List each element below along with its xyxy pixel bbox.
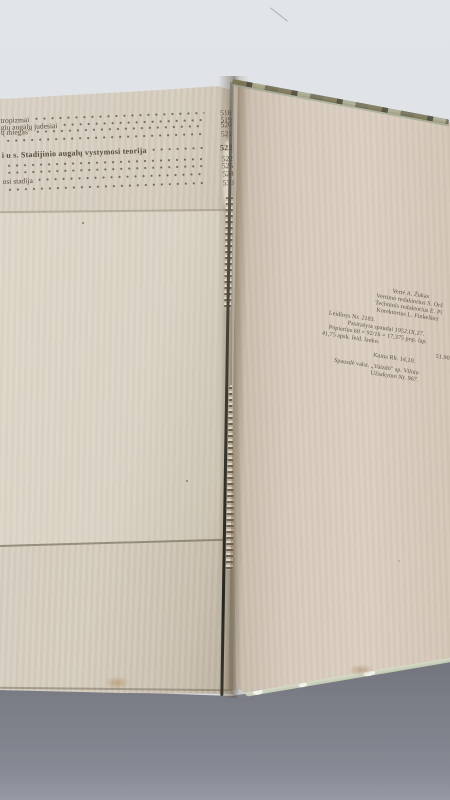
surface-scratch (270, 7, 288, 21)
paper-speck (82, 222, 84, 224)
loose-sheet (0, 211, 230, 548)
page-stain (348, 664, 374, 676)
page-stain (104, 676, 130, 690)
book-photo: tropizmai 518 gių augalų judesiai 519 ų … (0, 0, 450, 800)
right-page (230, 76, 450, 700)
toc-block: tropizmai 518 gių augalų judesiai 519 ų … (0, 102, 234, 202)
toc-entry-label: osi stadija (2, 175, 33, 185)
paper-speck (186, 480, 188, 482)
paper-speck (398, 560, 400, 562)
toc-page-number: 521 (208, 128, 232, 138)
toc-page-number: 522 (208, 142, 232, 152)
toc-leader-dots (150, 144, 206, 154)
toc-page-number: 530 (210, 177, 234, 187)
